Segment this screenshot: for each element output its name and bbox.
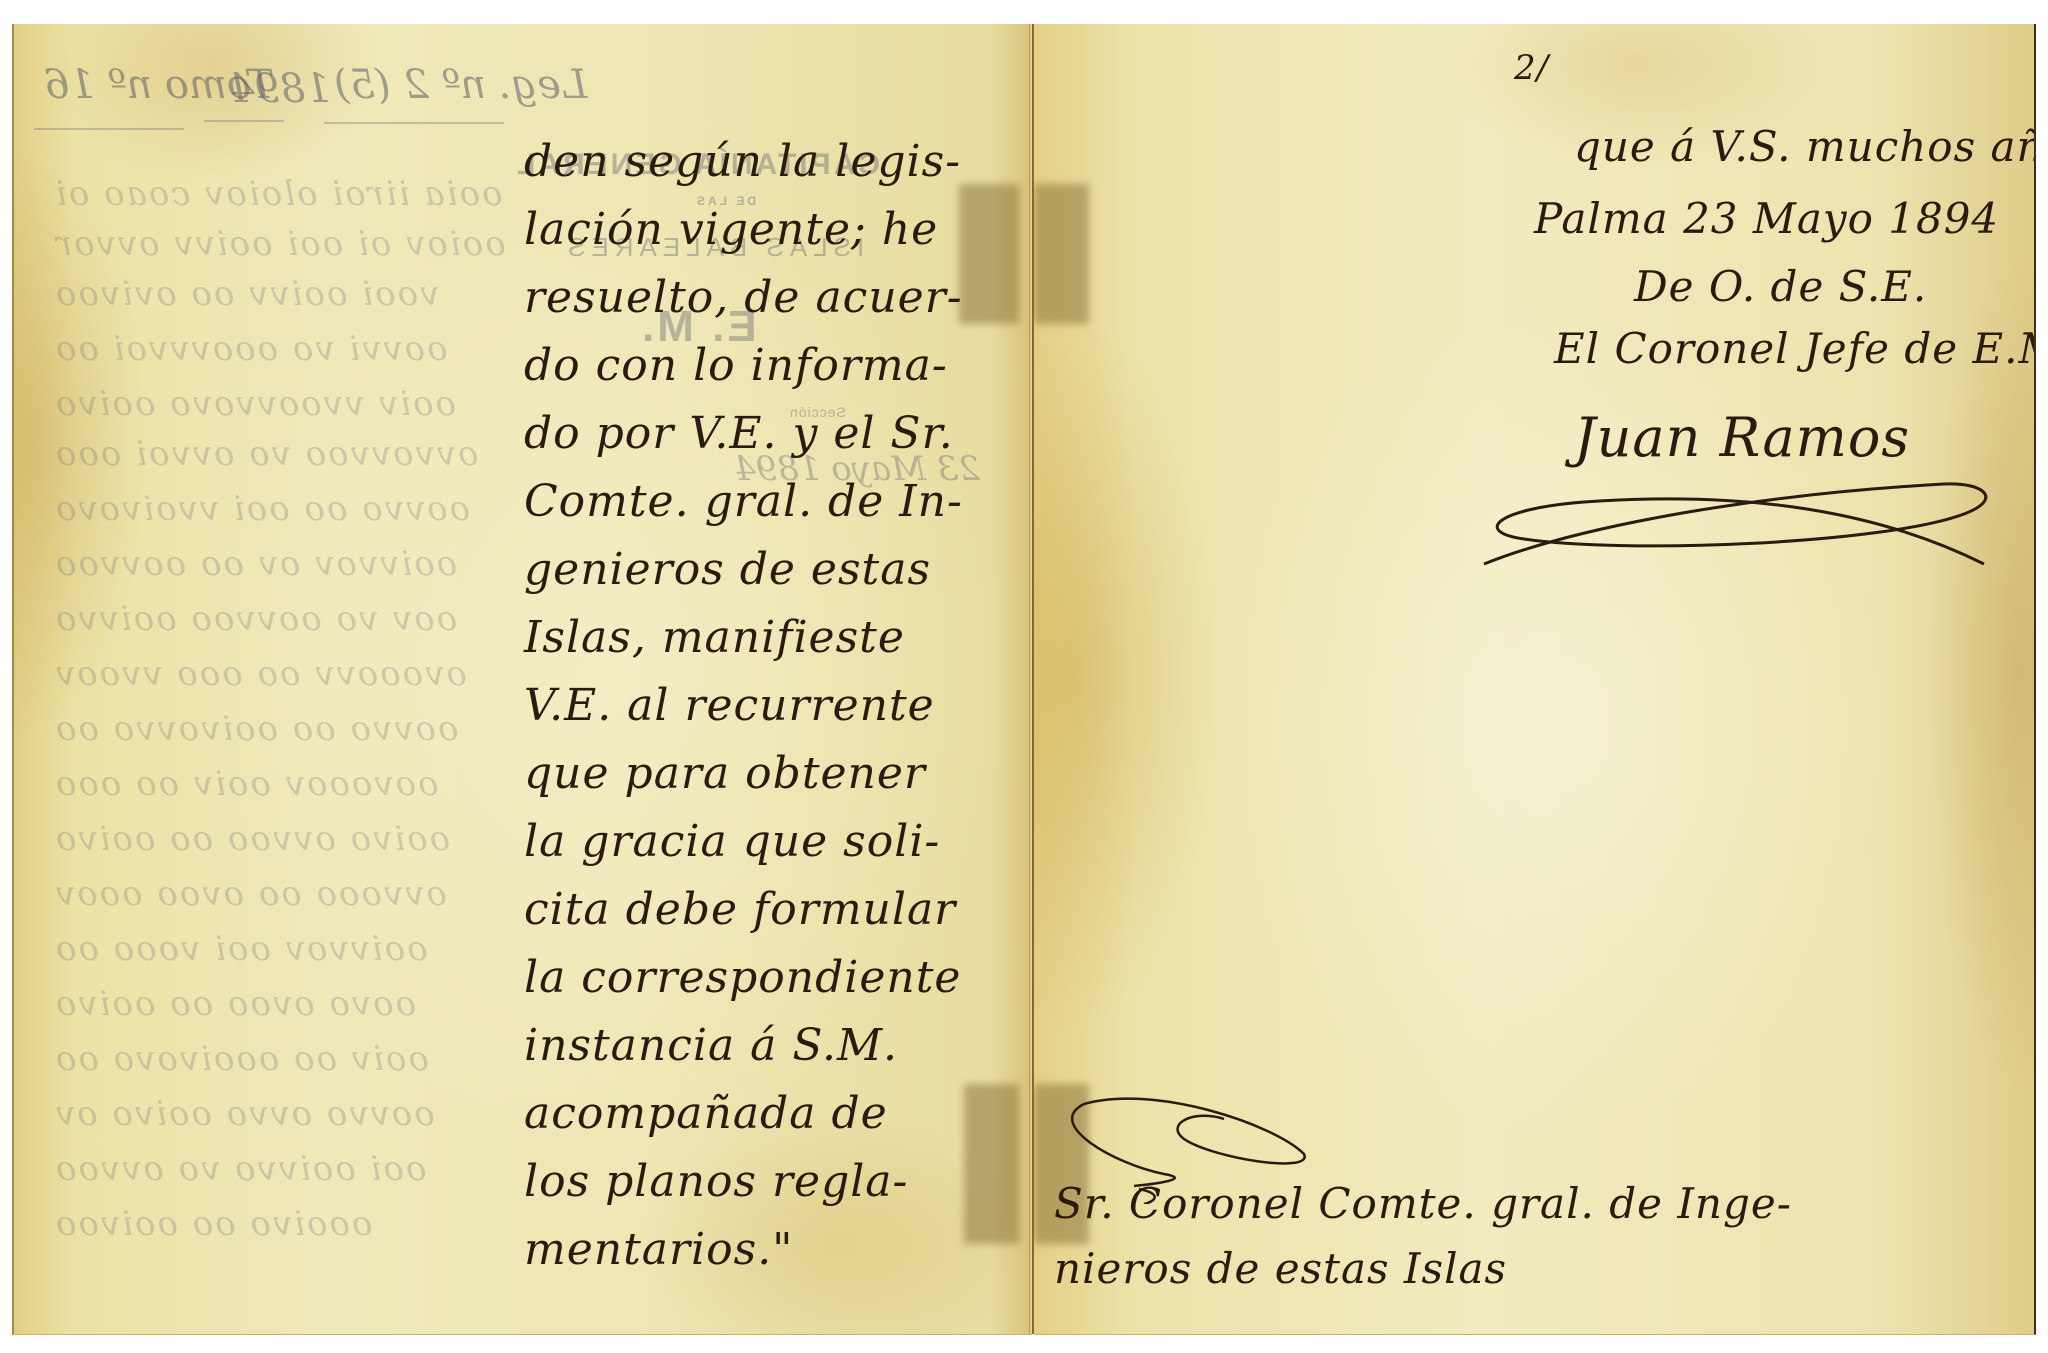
signer-title-line: El Coronel Jefe de E.M. xyxy=(1554,324,2036,373)
addressee-line-1: Sr. Coronel Comte. gral. de Inge- xyxy=(1054,1179,1792,1228)
body-line-3: resuelto, de acuer- xyxy=(524,272,963,323)
body-line-1: den según la legis- xyxy=(524,136,961,187)
body-line-11: la gracia que soli- xyxy=(524,816,940,867)
body-line-12: cita debe formular xyxy=(524,884,956,935)
body-line-16: los planos regla- xyxy=(524,1156,908,1207)
order-line: De O. de S.E. xyxy=(1634,262,1927,311)
signature-name: Juan Ramos xyxy=(1574,406,1910,469)
stain xyxy=(964,1084,1019,1244)
body-line-14: instancia á S.M. xyxy=(524,1020,898,1071)
document-sheet: Tomo nº 16 1894 Leg. nº 2 (5) CAPITANÍA … xyxy=(12,24,2034,1334)
body-line-10: que para obtener xyxy=(524,748,926,799)
body-line-9: V.E. al recurrente xyxy=(524,680,935,731)
body-line-7: genieros de estas xyxy=(524,544,931,595)
body-line-6: Comte. gral. de In- xyxy=(524,476,963,527)
closing-line-1: que á V.S. muchos años xyxy=(1574,122,2036,171)
addressee-line-2: nieros de estas Islas xyxy=(1054,1244,1507,1293)
stain xyxy=(959,184,1019,324)
body-line-17: mentarios." xyxy=(524,1224,793,1275)
body-line-13: la correspondiente xyxy=(524,952,961,1003)
right-page: 2/ que á V.S. muchos años Palma 23 Mayo … xyxy=(1034,24,2036,1335)
pencil-underline xyxy=(204,120,284,122)
body-line-5: do por V.E. y el Sr. xyxy=(524,408,954,459)
body-line-8: Islas, manifieste xyxy=(524,612,905,663)
pencil-underline xyxy=(324,122,504,124)
pencil-annotation-year: 1894 xyxy=(229,66,331,112)
pencil-annotation-legajo: Leg. nº 2 (5) xyxy=(334,62,587,108)
stain xyxy=(1034,184,1089,324)
signature-flourish xyxy=(1464,464,2024,574)
body-line-4: do con lo informa- xyxy=(524,340,948,391)
pencil-underline xyxy=(34,128,184,130)
place-date-line: Palma 23 Mayo 1894 xyxy=(1534,194,1999,243)
body-line-2: lación vigente; he xyxy=(524,204,938,255)
body-line-15: acompañada de xyxy=(524,1088,888,1139)
left-page: Tomo nº 16 1894 Leg. nº 2 (5) CAPITANÍA … xyxy=(12,24,1032,1335)
page-number-mark: 2/ xyxy=(1514,48,1549,88)
